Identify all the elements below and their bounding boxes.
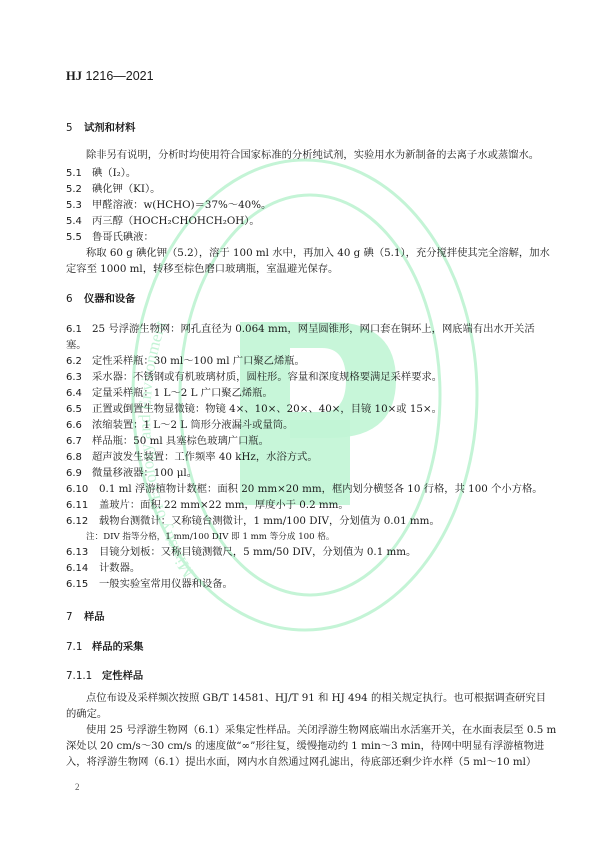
lugol-procedure-line-1: 称取 60 g 碘化钾（5.2），溶于 100 ml 水中，再加入 40 g 碘…: [86, 246, 550, 260]
item-5-4: 5.4丙三醇（HOCH₂CHOHCH₂OH）。: [66, 214, 260, 229]
item-6-14: 6.14计数器。: [66, 561, 140, 576]
lugol-procedure-line-2: 定容至 1000 ml，转移至棕色磨口玻璃瓶，室温避光保存。: [66, 262, 338, 276]
item-6-9: 6.9微量移液器：100 μl。: [66, 466, 197, 481]
note-div-definition: 注：DIV 指等分格，1 mm/100 DIV 即 1 mm 等分成 100 格…: [86, 530, 335, 544]
page-number: 2: [75, 780, 80, 794]
section-6-heading: 6仪器和设备: [66, 292, 135, 306]
paragraph-sampling-sites-line-1: 点位布设及采样频次按照 GB/T 14581、HJ/T 91 和 HJ 494 …: [86, 691, 546, 705]
item-6-3: 6.3采水器：不锈钢或有机玻璃材质，圆柱形。容量和深度规格要满足采样要求。: [66, 370, 442, 385]
item-5-1: 5.1碘（I₂）。: [66, 166, 136, 181]
paragraph-qualitative-sampling-line-1: 使用 25 号浮游生物网（6.1）采集定性样品。关闭浮游生物网底端出水活塞开关，…: [86, 723, 556, 737]
standard-code: HJ 1216—2021: [66, 69, 154, 83]
item-6-4: 6.4定量采样瓶：1 L～2 L 广口聚乙烯瓶。: [66, 386, 273, 401]
item-6-5: 6.5正置或倒置生物显微镜：物镜 4×、10×、20×、40×，目镜 10×或 …: [66, 402, 442, 417]
item-6-8: 6.8超声波发生装置：工作频率 40 kHz，水浴方式。: [66, 450, 318, 465]
item-6-13: 6.13目镜分划板：又称目镜测微尺，5 mm/50 DIV，分划值为 0.1 m…: [66, 545, 416, 560]
paragraph-qualitative-sampling-line-2: 深处以 20 cm/s～30 cm/s 的速度做“∞”形往复，缓慢拖动约 1 m…: [66, 739, 544, 753]
document-page: Ministry of Ecology and Environment HJ 1…: [0, 0, 600, 848]
item-6-11: 6.11盖玻片：面积 22 mm×22 mm，厚度小于 0.2 mm。: [66, 498, 349, 513]
item-6-1-continuation: 塞。: [66, 338, 87, 352]
item-6-10: 6.100.1 ml 浮游植物计数框：面积 20 mm×20 mm，框内划分横竖…: [66, 482, 543, 497]
item-6-12: 6.12载物台测微计：又称镜台测微计，1 mm/100 DIV，分划值为 0.0…: [66, 514, 440, 529]
paragraph-sampling-sites-line-2: 的确定。: [66, 707, 107, 721]
item-6-2: 6.2定性采样瓶：30 ml～100 ml 广口聚乙烯瓶。: [66, 354, 305, 369]
item-6-15: 6.15一般实验室常用仪器和设备。: [66, 577, 233, 592]
item-6-6: 6.6浓缩装置：1 L～2 L 筒形分液漏斗或量筒。: [66, 418, 293, 433]
paragraph-qualitative-sampling-line-3: 入，将浮游生物网（6.1）提出水面，网内水自然通过网孔滤出，待底部还剩少许水样（…: [66, 755, 536, 769]
section-7-heading: 7样品: [66, 610, 105, 624]
section-7-1-heading: 7.1样品的采集: [66, 640, 143, 654]
section-7-1-1-heading: 7.1.1定性样品: [66, 669, 143, 683]
item-5-2: 5.2碘化钾（KI）。: [66, 182, 160, 197]
item-5-5: 5.5鲁哥氏碘液：: [66, 230, 154, 245]
item-5-3: 5.3甲醛溶液：w(HCHO)＝37%～40%。: [66, 198, 271, 213]
item-6-7: 6.7样品瓶：50 ml 具塞棕色玻璃广口瓶。: [66, 434, 269, 449]
section-5-heading: 5试剂和材料: [66, 121, 135, 135]
item-6-1: 6.125 号浮游生物网：网孔直径为 0.064 mm，网呈圆锥形，网口套在铜环…: [66, 322, 535, 337]
section-5-intro: 除非另有说明，分析时均使用符合国家标准的分析纯试剂，实验用水为新制备的去离子水或…: [86, 148, 539, 162]
